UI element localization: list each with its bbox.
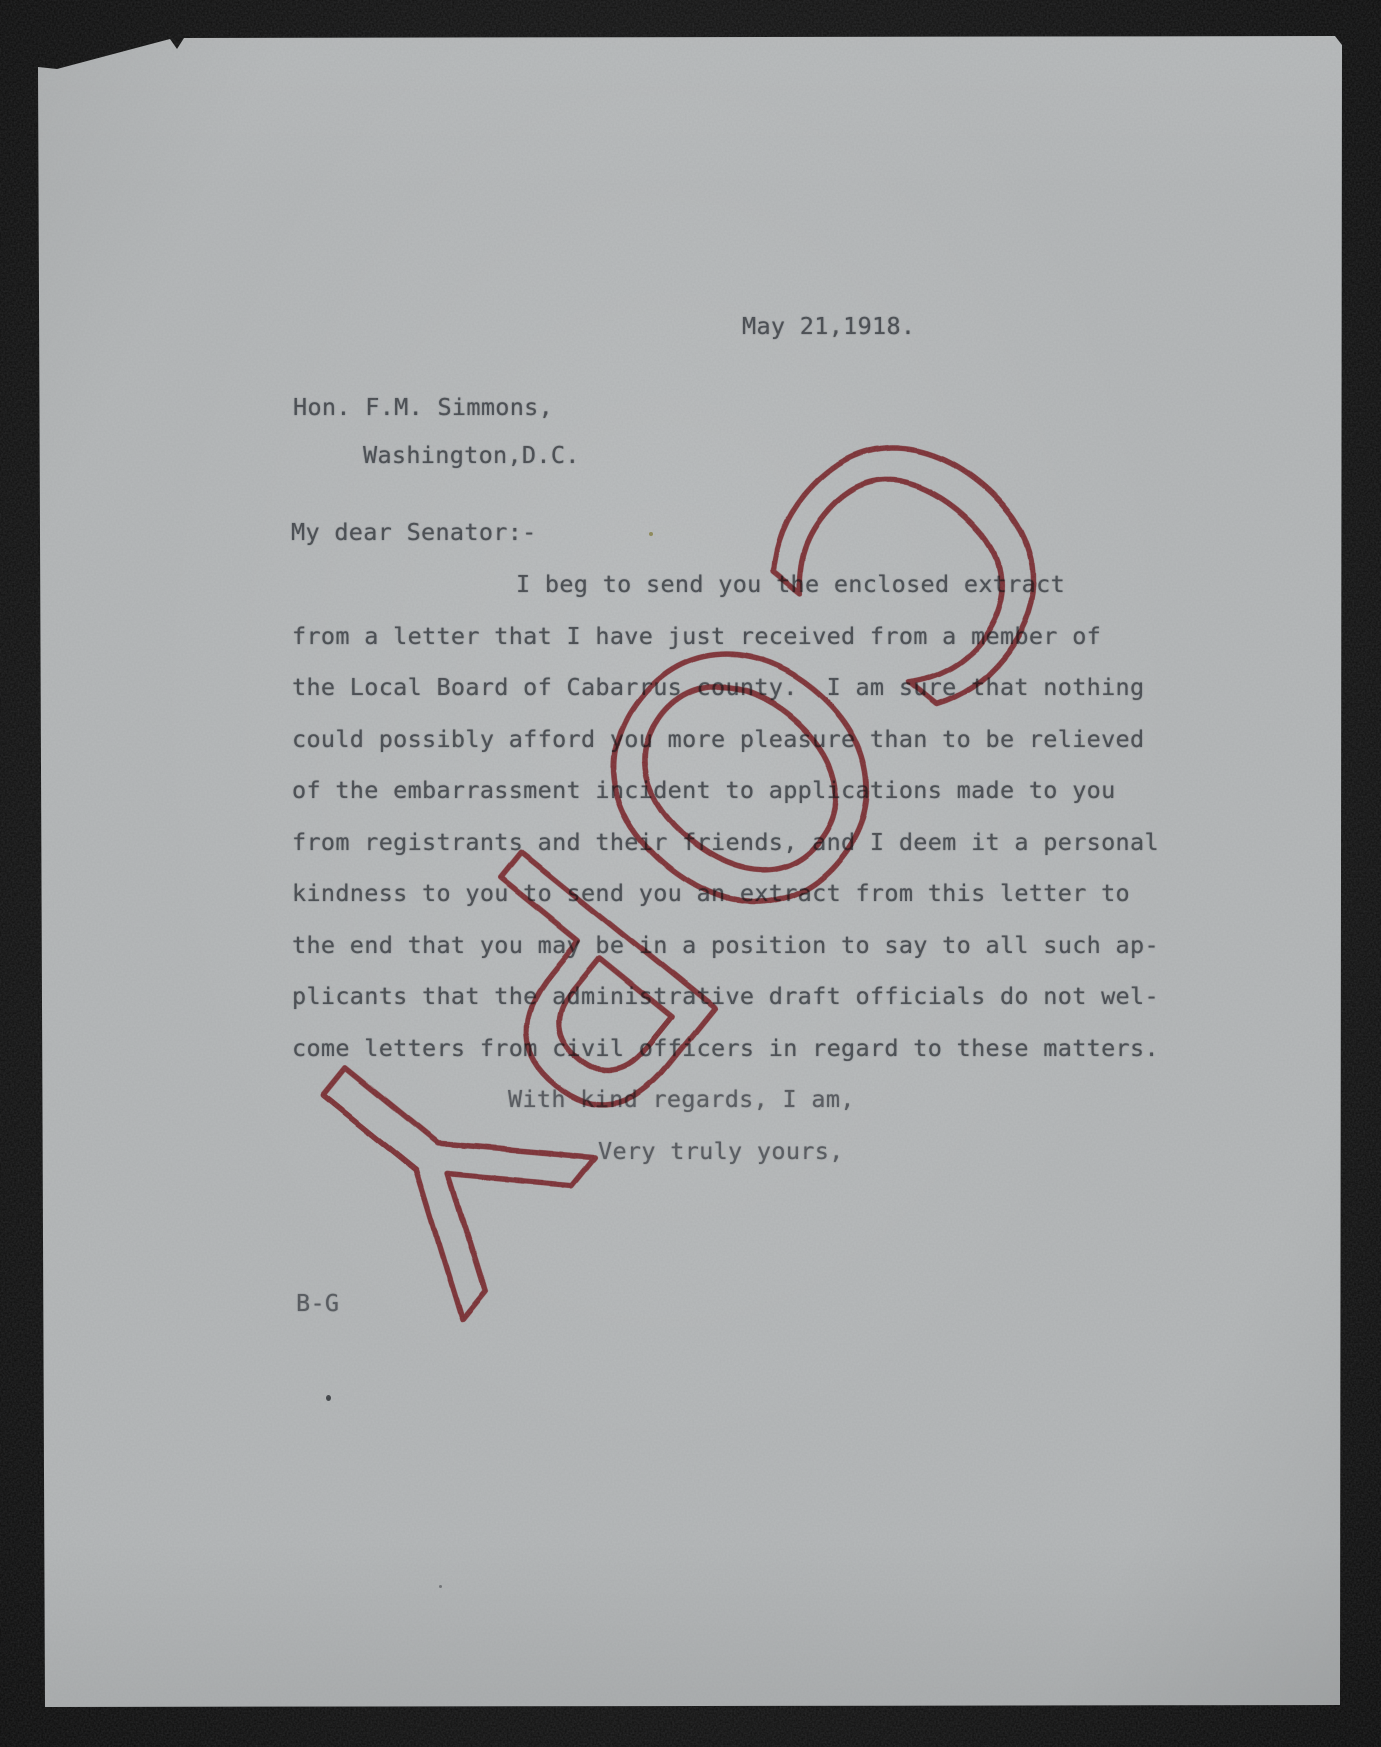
letter-paper [38,36,1342,1707]
body-line: from a letter that I have just received … [292,622,1101,651]
closing-line-2: Very truly yours, [598,1137,844,1166]
body-line: of the embarrassment incident to applica… [292,776,1116,805]
body-line: I beg to send you the enclosed extract [516,570,1065,599]
recipient-name-line: Hon. F.M. Simmons, [293,393,553,422]
body-line: come letters from civil officers in rega… [292,1034,1159,1063]
body-line: could possibly afford you more pleasure … [292,725,1144,754]
recipient-city-line: Washington,D.C. [363,441,580,470]
body-line: kindness to you to send you an extract f… [292,879,1130,908]
typist-initials: B-G [296,1289,339,1318]
scanned-letter-photo: { "doc": { "date": "May 21,1918.", "reci… [0,0,1381,1747]
letter-date: May 21,1918. [742,312,915,341]
body-line: the end that you may be in a position to… [292,931,1159,960]
body-line: from registrants and their friends, and … [292,828,1159,857]
paper-speck [649,532,653,536]
paper-speck [326,1395,331,1401]
salutation: My dear Senator:- [291,518,537,547]
closing-line-1: With kind regards, I am, [508,1085,855,1114]
body-line: plicants that the administrative draft o… [292,982,1159,1011]
body-line: the Local Board of Cabarrus county. I am… [292,673,1144,702]
paper-speck [439,1585,442,1588]
